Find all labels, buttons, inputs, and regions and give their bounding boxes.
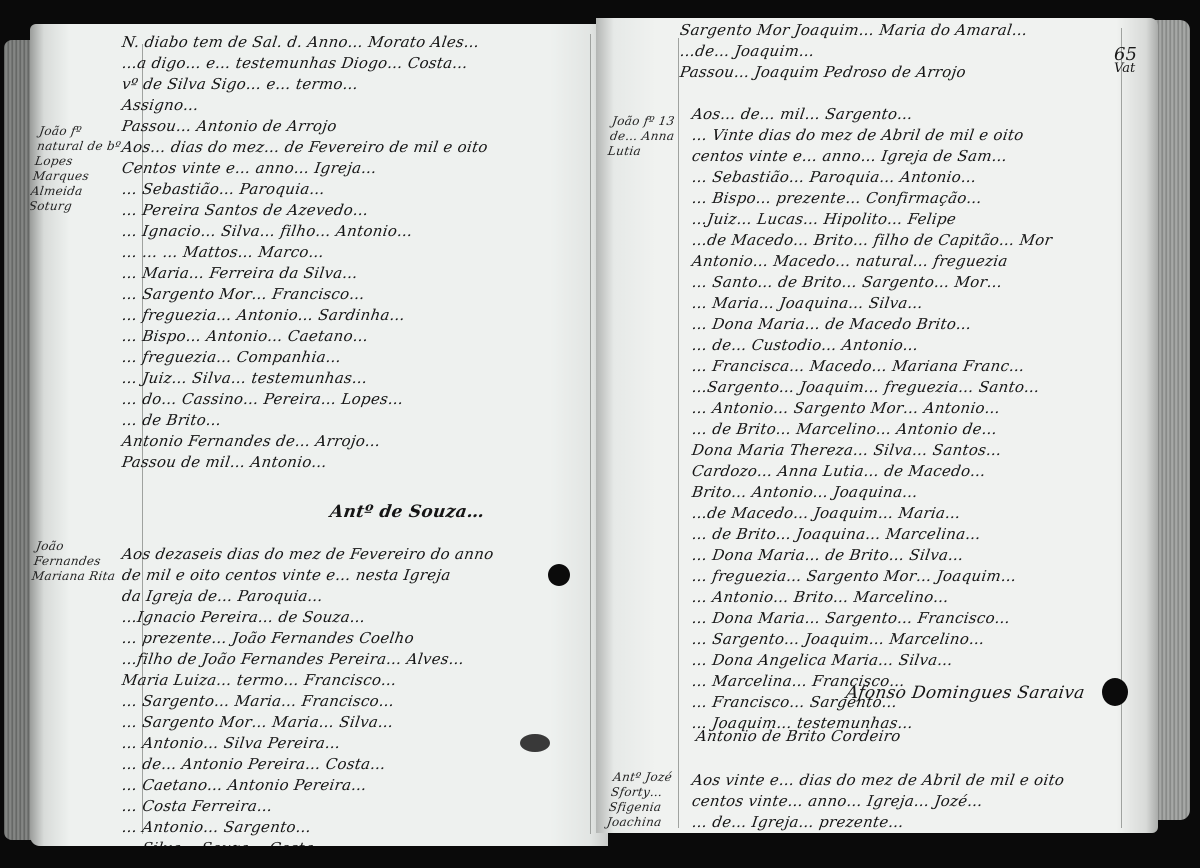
text-line: … Dona Angelica Maria… Silva… — [691, 650, 1134, 671]
right-entry-2: Aos vinte e… dias do mez de Abril de mil… — [692, 770, 1132, 833]
right-margin-note-top: João fº 13 de… Anna Lutia — [610, 114, 680, 159]
signature: Antº de Souza… — [329, 502, 486, 523]
text-line: … Sargento… Maria… Francisco… — [121, 691, 594, 712]
text-line: Aos vinte e… dias do mez de Abril de mil… — [691, 770, 1134, 791]
text-line: Brito… Antonio… Joaquina… — [691, 482, 1134, 503]
text-line: … Pereira Santos de Azevedo… — [121, 200, 594, 221]
margin-note: João fº natural de bº Lopes Marques Alme… — [30, 124, 126, 214]
left-margin-note-top: João fº natural de bº Lopes Marques Alme… — [34, 124, 134, 214]
text-line: … Sebastião… Paroquia… — [121, 179, 594, 200]
signature: Afonso Domingues Saraiva — [845, 683, 1087, 704]
text-line: … Juiz… Silva… testemunhas… — [121, 368, 594, 389]
text-line: …Ignacio Pereira… de Souza… — [121, 607, 594, 628]
text-line: N. diabo tem de Sal. d. Anno… Morato Ale… — [121, 32, 594, 53]
text-line: centos vinte e… anno… Igreja de Sam… — [691, 146, 1134, 167]
ink-blot — [520, 734, 550, 752]
text-line: … Dona Maria… de Macedo Brito… — [691, 314, 1134, 335]
page-number: 65 Vat — [1114, 44, 1137, 76]
text-line: … Maria… Ferreira da Silva… — [121, 263, 594, 284]
signature: Antonio de Brito Cordeiro — [695, 726, 902, 747]
text-line: … do… Cassino… Pereira… Lopes… — [121, 389, 594, 410]
text-line: Dona Maria Thereza… Silva… Santos… — [691, 440, 1134, 461]
text-line: … Sargento Mor… Francisco… — [121, 284, 594, 305]
text-line: … freguezia… Sargento Mor… Joaquim… — [691, 566, 1134, 587]
text-line: … Maria… Joaquina… Silva… — [691, 293, 1134, 314]
ink-blot — [548, 564, 570, 586]
open-register-book: João fº natural de bº Lopes Marques Alme… — [0, 0, 1200, 868]
margin-note: João Fernandes Mariana Rita — [31, 539, 123, 584]
text-line: …a digo… e… testemunhas Diogo… Costa… — [121, 53, 594, 74]
text-line: Maria Luiza… termo… Francisco… — [121, 670, 594, 691]
text-line: …filho de João Fernandes Pereira… Alves… — [121, 649, 594, 670]
text-line: … de… Custodio… Antonio… — [691, 335, 1134, 356]
left-entry-1: N. diabo tem de Sal. d. Anno… Morato Ale… — [122, 32, 592, 473]
text-line: Antonio… Macedo… natural… freguezia — [691, 251, 1134, 272]
text-line: … Bispo… prezente… Confirmação… — [691, 188, 1134, 209]
left-margin-note-middle: João Fernandes Mariana Rita — [34, 539, 134, 584]
text-line: … Caetano… Antonio Pereira… — [121, 775, 594, 796]
text-line: …de Macedo… Joaquim… Maria… — [691, 503, 1134, 524]
text-line: vº de Silva Sigo… e… termo… — [121, 74, 594, 95]
text-line: … de Brito… Marcelino… Antonio de… — [691, 419, 1134, 440]
text-line: … Silva… Souza… Costa… — [121, 838, 594, 846]
right-page: João fº 13 de… Anna Lutia Antº Jozé Sfor… — [596, 18, 1158, 833]
text-line: … de… Antonio Pereira… Costa… — [121, 754, 594, 775]
text-line: … freguezia… Companhia… — [121, 347, 594, 368]
text-line: Sargento Mor Joaquim… Maria do Amaral… — [679, 20, 1122, 41]
margin-note: Antº Jozé Sforty… Sfigenia Joachina — [606, 770, 680, 830]
text-line: de mil e oito centos vinte e… nesta Igre… — [121, 565, 594, 586]
text-line: … Dona Maria… de Brito… Silva… — [691, 545, 1134, 566]
text-line: … Antonio… Brito… Marcelino… — [691, 587, 1134, 608]
text-line: … Vinte dias do mez de Abril de mil e oi… — [691, 125, 1134, 146]
ink-blot — [1102, 678, 1128, 706]
text-line: … Antonio… Sargento… — [121, 817, 594, 838]
text-line: …de Macedo… Brito… filho de Capitão… Mor — [691, 230, 1134, 251]
left-signature: Antº de Souza… — [330, 502, 484, 523]
text-line: … de… Igreja… prezente… — [691, 812, 1134, 833]
text-line: Centos vinte e… anno… Igreja… — [121, 158, 594, 179]
text-line: … Costa Ferreira… — [121, 796, 594, 817]
text-line: Antonio Fernandes de… Arrojo… — [121, 431, 594, 452]
text-line: …Sargento… Joaquim… freguezia… Santo… — [691, 377, 1134, 398]
text-line: Assigno… — [121, 95, 594, 116]
text-line: … Ignacio… Silva… filho… Antonio… — [121, 221, 594, 242]
text-line: … Dona Maria… Sargento… Francisco… — [691, 608, 1134, 629]
text-line: … de Brito… — [121, 410, 594, 431]
text-line: … Francisca… Macedo… Mariana Franc… — [691, 356, 1134, 377]
left-page: João fº natural de bº Lopes Marques Alme… — [30, 24, 608, 846]
text-line: Passou… Antonio de Arrojo — [121, 116, 594, 137]
text-line: … Sargento… Joaquim… Marcelino… — [691, 629, 1134, 650]
corner-annotation: Vat — [1114, 61, 1137, 76]
text-line: … Bispo… Antonio… Caetano… — [121, 326, 594, 347]
text-line: centos vinte… anno… Igreja… Jozé… — [691, 791, 1134, 812]
text-line: … Sargento Mor… Maria… Silva… — [121, 712, 594, 733]
text-line: … freguezia… Antonio… Sardinha… — [121, 305, 594, 326]
left-entry-2: Aos dezaseis dias do mez de Fevereiro do… — [122, 544, 592, 846]
text-line: … … … Mattos… Marco… — [121, 242, 594, 263]
text-line: … de Brito… Joaquina… Marcelina… — [691, 524, 1134, 545]
text-line: … Sebastião… Paroquia… Antonio… — [691, 167, 1134, 188]
right-header-entry: Sargento Mor Joaquim… Maria do Amaral… …… — [680, 20, 1120, 83]
text-line: … Antonio… Sargento Mor… Antonio… — [691, 398, 1134, 419]
text-line: da Igreja de… Paroquia… — [121, 586, 594, 607]
right-margin-note-bottom: Antº Jozé Sforty… Sfigenia Joachina — [610, 770, 680, 830]
text-line: Aos… dias do mez… de Fevereiro de mil e … — [121, 137, 594, 158]
text-line: …de… Joaquim… — [679, 41, 1122, 62]
text-line: …Juiz… Lucas… Hipolito… Felipe — [691, 209, 1134, 230]
text-line: Aos dezaseis dias do mez de Fevereiro do… — [121, 544, 594, 565]
text-line: … Santo… de Brito… Sargento… Mor… — [691, 272, 1134, 293]
right-entry-1: Aos… de… mil… Sargento… … Vinte dias do … — [692, 104, 1132, 734]
right-signature-2: Antonio de Brito Cordeiro — [696, 726, 901, 747]
margin-note: João fº 13 de… Anna Lutia — [607, 114, 679, 159]
text-line: Cardozo… Anna Lutia… de Macedo… — [691, 461, 1134, 482]
text-line: Aos… de… mil… Sargento… — [691, 104, 1134, 125]
text-line: Passou de mil… Antonio… — [121, 452, 594, 473]
right-signature-1: Afonso Domingues Saraiva — [846, 683, 1085, 704]
text-line: Passou… Joaquim Pedroso de Arrojo — [679, 62, 1122, 83]
text-line: … prezente… João Fernandes Coelho — [121, 628, 594, 649]
